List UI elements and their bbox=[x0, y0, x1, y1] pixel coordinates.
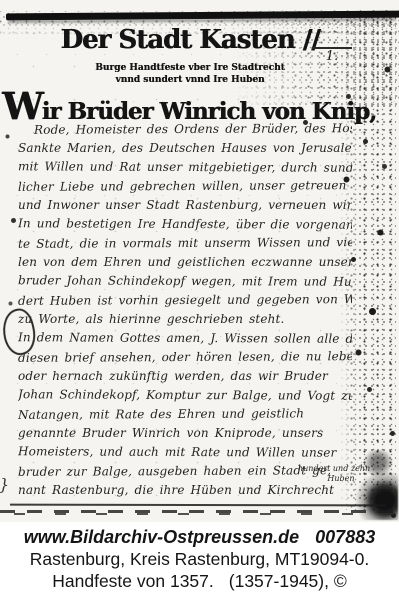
manuscript-title: Der Stadt Kasten // bbox=[35, 25, 345, 55]
archive-url-text: www.Bildarchiv-Ostpreussen.de bbox=[24, 527, 299, 547]
manuscript-line: zu Worte, als hierinne geschrieben steht… bbox=[18, 310, 352, 329]
manuscript-line: diesen brief ansehen, oder hören lesen, … bbox=[18, 347, 352, 368]
caption-location-line: Rastenburg, Kreis Rastenburg, MT19094-0. bbox=[0, 548, 399, 570]
scan-bottom-rule bbox=[10, 504, 386, 507]
manuscript-line: Homeisters, und auch mit Rate und Willen… bbox=[18, 442, 352, 462]
manuscript-line: bruder Johan Schindekopf wegen, mit Irem… bbox=[18, 271, 352, 291]
manuscript-line: Natangen, mit Rate des Ehren und geistli… bbox=[18, 404, 352, 425]
scanned-manuscript-photo: Der Stadt Kasten // Burge Handtfeste vbe… bbox=[0, 0, 399, 522]
manuscript-line: oder hernach zukünftig werden, das wir B… bbox=[18, 367, 352, 386]
manuscript-line: In und bestetigen Ire Handfeste, über di… bbox=[18, 214, 352, 234]
image-number: 007883 bbox=[315, 527, 375, 547]
manuscript-body: Rode, Homeister des Ordens der Brüder, d… bbox=[18, 120, 352, 500]
caption-description-line: Handfeste von 1357.(1357-1945), © bbox=[0, 570, 399, 592]
manuscript-subtitle-line1: Burge Handtfeste vber Ire Stadtrecht bbox=[35, 63, 345, 73]
manuscript-line: genannte Bruder Winrich von Kniprode, un… bbox=[18, 424, 352, 443]
margin-brace-mark: } bbox=[0, 475, 9, 494]
manuscript-line: dert Huben ist vorhin gesiegelt und gege… bbox=[18, 290, 352, 311]
caption-description: Handfeste von 1357. bbox=[52, 571, 214, 591]
ink-specks bbox=[0, 0, 3, 3]
manuscript-line: te Stadt, die in vormals mit unserm Wiss… bbox=[18, 233, 352, 254]
scan-bottom-edge-dashes bbox=[0, 510, 399, 516]
caption-period: (1357-1945), © bbox=[229, 571, 347, 591]
manuscript-line: licher Liebe und gebrechen willen, unser… bbox=[18, 176, 352, 197]
folio-number: 1. bbox=[312, 47, 352, 64]
caption-block: www.Bildarchiv-Ostpreussen.de007883 Rast… bbox=[0, 522, 399, 600]
manuscript-line: In dem Namen Gottes amen, J. Wissen soll… bbox=[18, 328, 352, 348]
manuscript-line: len von dem Ehren und geistlichen eczwan… bbox=[18, 253, 352, 272]
manuscript-line: und Inwoner unser Stadt Rastenburg, vern… bbox=[18, 196, 352, 215]
manuscript-line: mit Willen und Rat unser mitgebietiger, … bbox=[18, 157, 352, 177]
manuscript-line: Rode, Homeister des Ordens der Brüder, d… bbox=[18, 119, 352, 140]
caption-source-line: www.Bildarchiv-Ostpreussen.de007883 bbox=[0, 526, 399, 548]
manuscript-line: Sankte Marien, des Deutschen Hauses von … bbox=[18, 139, 352, 158]
manuscript-line: Johan Schindekopf, Komptur zur Balge, un… bbox=[18, 385, 352, 405]
